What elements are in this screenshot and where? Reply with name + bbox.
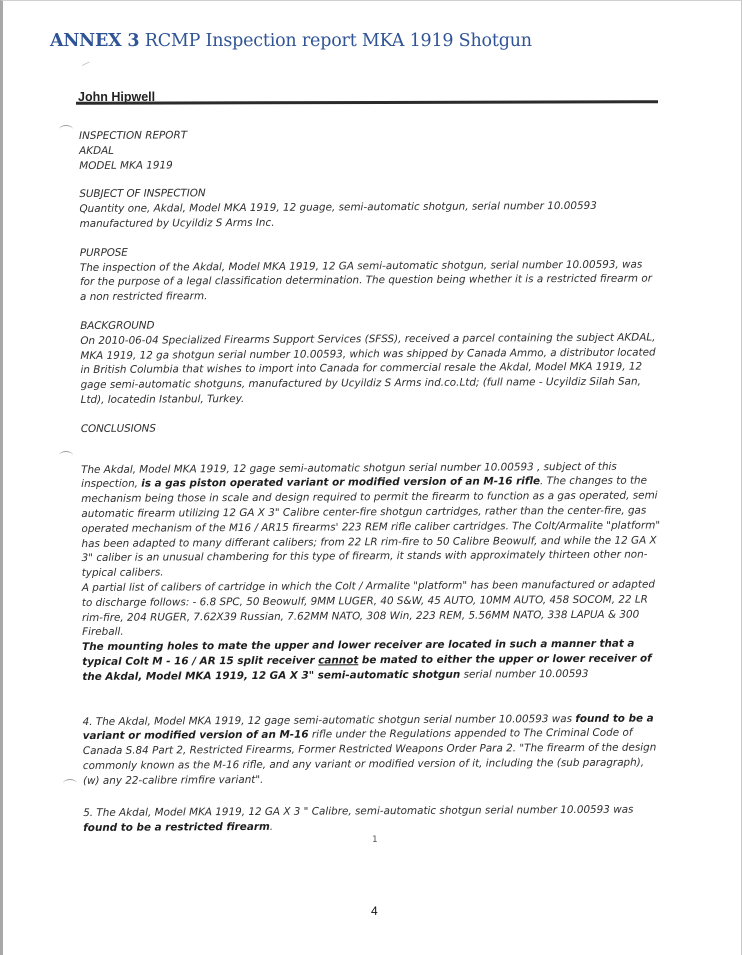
- subject-section: SUBJECT OF INSPECTION Quantity one, Akda…: [79, 184, 669, 232]
- scan-margin-mark: [59, 125, 73, 134]
- mounting-holes-paragraph: The mounting holes to mate the upper and…: [82, 636, 672, 684]
- scanned-page-number: 1: [372, 835, 377, 845]
- scan-artifact: [82, 62, 92, 72]
- scan-margin-mark: [63, 779, 77, 788]
- page-number: 4: [371, 904, 378, 918]
- calibers-paragraph: A partial list of calibers of cartridge …: [82, 577, 672, 640]
- emphasis-text: is a gas piston operated variant or modi…: [141, 476, 540, 490]
- inspection-report-scan: INSPECTION REPORT AKDAL MODEL MKA 1919 S…: [79, 125, 673, 836]
- annex-title: ANNEX 3 RCMP Inspection report MKA 1919 …: [50, 31, 532, 51]
- conclusion-paragraph-5: 5. The Akdal, Model MKA 1919, 12 GA X 3 …: [83, 803, 673, 836]
- report-header: INSPECTION REPORT AKDAL MODEL MKA 1919: [79, 125, 669, 173]
- conclusion-paragraph-4: 4. The Akdal, Model MKA 1919, 12 gage se…: [83, 711, 673, 789]
- emphasis-text: found to be a: [575, 712, 653, 724]
- emphasis-text: variant or modified version of an M-16: [83, 729, 309, 742]
- body-line: manufactured by Ucyildiz S Arms Inc.: [80, 213, 670, 231]
- conclusions-section: CONCLUSIONS The Akdal, Model MKA 1919, 1…: [81, 418, 674, 836]
- body-line: Ltd), locatedin Istanbul, Turkey.: [81, 389, 671, 407]
- body-line: a non restricted firearm.: [80, 287, 670, 305]
- body-line: found to be a restricted firearm.: [83, 818, 673, 836]
- background-section: BACKGROUND On 2010-06-04 Specialized Fir…: [80, 315, 671, 407]
- annex-label: ANNEX 3: [50, 31, 139, 51]
- author-underline-rule: [76, 100, 658, 105]
- conclusion-paragraph-1: The Akdal, Model MKA 1919, 12 gage semi-…: [81, 459, 672, 581]
- report-header-line: MODEL MKA 1919: [79, 155, 669, 173]
- scan-margin-mark: [59, 451, 73, 460]
- underlined-text: cannot: [318, 654, 358, 666]
- annex-title-text: RCMP Inspection report MKA 1919 Shotgun: [139, 31, 531, 51]
- document-page: ANNEX 3 RCMP Inspection report MKA 1919 …: [0, 0, 742, 955]
- emphasis-text: found to be a restricted firearm: [83, 821, 270, 834]
- purpose-section: PURPOSE The inspection of the Akdal, Mod…: [80, 242, 670, 305]
